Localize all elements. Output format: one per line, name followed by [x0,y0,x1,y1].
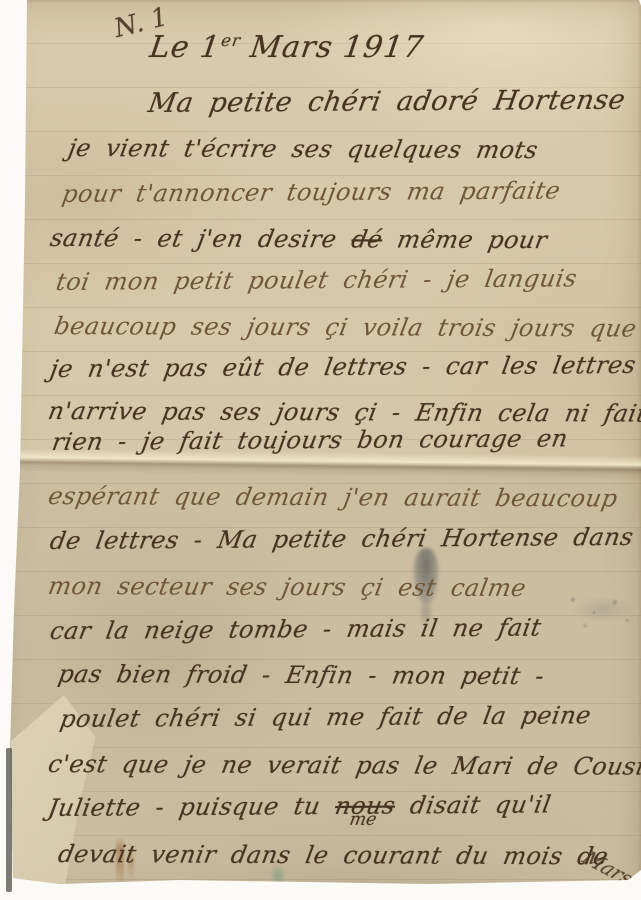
handwritten-line: beaucoup ses jours çi voila trois jours … [52,312,639,343]
handwritten-line: pour t'annoncer toujours ma parfaite [60,177,563,208]
handwritten-line: n'arrive pas ses jours çi - Enfin cela n… [46,397,641,428]
correction: nousme [333,792,398,820]
handwritten-line: je n'est pas eût de lettres - car les le… [48,351,638,383]
line-text: santé - et j'en desire [48,224,354,253]
handwritten-line: espérant que demain j'en aurait beaucoup [46,482,620,512]
letter-page: N. 1 Le 1er Mars 1917 Ma petite chéri ad… [0,0,641,900]
date-line: Le 1er Mars 1917 [148,30,427,65]
handwritten-line: mon secteur ses jours çi est calme [46,572,529,602]
scanned-letter: N. 1 Le 1er Mars 1917 Ma petite chéri ad… [0,0,641,900]
line-text: même pour [380,225,550,254]
handwritten-line: rien - je fait toujours bon courage en [50,424,570,456]
handwritten-line: poulet chéri si qui me fait de la peine [58,701,593,733]
handwritten-line: car la neige tombe - mais il ne fait [48,614,544,645]
handwritten-line: toi mon petit poulet chéri - je languis [54,264,579,296]
handwritten-line: Ma petite chéri adoré Hortense [146,85,628,119]
handwritten-line: c'est que je ne verait pas le Mari de Co… [46,750,641,781]
handwritten-line: pas bien froid - Enfin - mon petit - [56,660,547,690]
line-text: Juliette - puisque tu [46,792,338,822]
date-text: Mars 1917 [238,30,427,65]
handwritten-line: devait venir dans le courant du mois de [56,840,611,870]
line-text: disait qu'il [393,790,553,819]
handwritten-line: santé - et j'en desire dé même pour [48,224,550,254]
handwritten-line: Juliette - puisque tu nousme disait qu'i… [46,790,553,822]
handwritten-line: de lettres - Ma petite chéri Hortense da… [48,523,636,555]
date-text: Le 1 [148,30,223,65]
ink-smudge-stain [556,584,640,636]
handwritten-line: je vient t'écrire ses quelques mots [66,134,540,164]
adjacent-page-edge [6,748,12,892]
inserted-word: me [348,809,378,829]
